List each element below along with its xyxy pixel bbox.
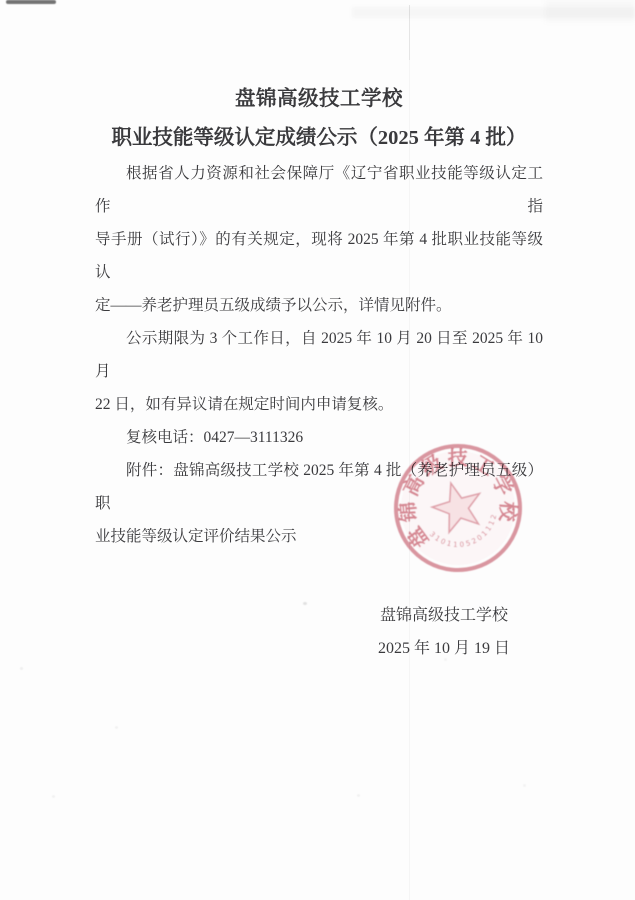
scan-artifact-top-right-band (352, 7, 635, 18)
svg-text:技: 技 (448, 446, 468, 470)
paragraph-period: 公示期限为 3 个工作日，自 2025 年 10 月 20 日至 2025 年 … (95, 322, 543, 421)
text-line: 22 日，如有异议请在规定时间内申请复核。 (95, 388, 543, 421)
svg-text:校: 校 (495, 500, 520, 524)
text-line: 公示期限为 3 个工作日，自 2025 年 10 月 20 日至 2025 年 … (95, 322, 543, 388)
official-seal: 盘锦高级技工学校 2111025011013 (373, 423, 543, 593)
scan-artifact-speck (115, 726, 118, 729)
document-title-subject: 职业技能等级认定成绩公示（2025 年第 4 批） (95, 122, 543, 154)
paragraph-basis: 根据省人力资源和社会保障厅《辽宁省职业技能等级认定工作指 导手册（试行）》的有关… (95, 157, 543, 322)
scan-artifact-speck (52, 795, 55, 798)
signature-org: 盘锦高级技工学校 (378, 599, 510, 632)
scan-artifact-speck (20, 667, 23, 670)
svg-text:1: 1 (453, 541, 458, 549)
svg-text:锦: 锦 (395, 501, 421, 524)
svg-text:0: 0 (459, 541, 464, 549)
scan-artifact-fold-line-top (409, 5, 410, 60)
scanned-announcement-page: 盘锦高级技工学校 职业技能等级认定成绩公示（2025 年第 4 批） 根据省人力… (0, 0, 635, 900)
signature-block: 盘锦高级技工学校 2025 年 10 月 19 日 (378, 599, 510, 665)
text-line: 根据省人力资源和社会保障厅《辽宁省职业技能等级认定工作指 (95, 157, 543, 223)
scan-artifact-speck (523, 784, 526, 787)
scan-artifact-speck (357, 794, 360, 797)
text-line: 导手册（试行）》的有关规定，现将 2025 年第 4 批职业技能等级认 (95, 223, 543, 289)
scan-artifact-top-left-smudge (6, 0, 56, 4)
text-line: 定——养老护理员五级成绩予以公示，详情见附件。 (95, 289, 543, 322)
document-title-org: 盘锦高级技工学校 (95, 83, 543, 115)
scan-artifact-corner-wash (545, 0, 635, 22)
signature-date: 2025 年 10 月 19 日 (378, 632, 510, 665)
